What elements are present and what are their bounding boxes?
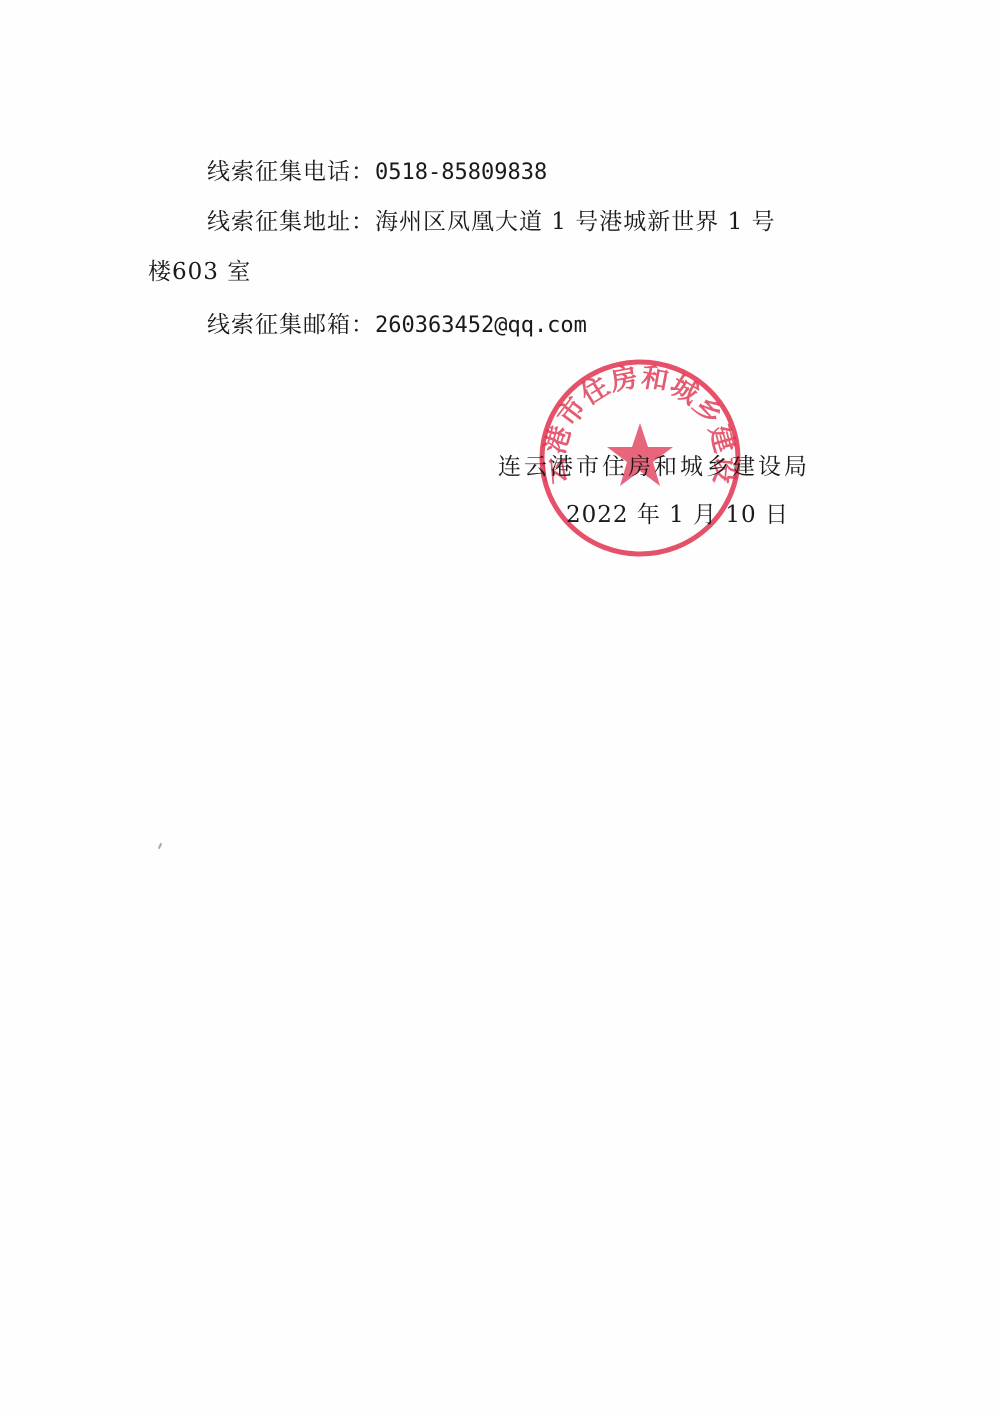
- scan-speck: [158, 843, 162, 849]
- email-label: 线索征集邮箱：: [207, 312, 375, 338]
- address-value: 海州区凤凰大道 1 号港城新世界 1 号: [375, 209, 776, 235]
- email-line: 线索征集邮箱：260363452@qq.com: [207, 310, 587, 341]
- address-line: 线索征集地址：海州区凤凰大道 1 号港城新世界 1 号: [207, 207, 776, 237]
- address-continuation-text: 楼603 室: [148, 259, 251, 285]
- phone-value: 0518-85809838: [375, 160, 547, 185]
- phone-line: 线索征集电话：0518-85809838: [207, 157, 547, 188]
- signing-date: 2022 年 1 月 10 日: [566, 500, 789, 530]
- email-value: 260363452@qq.com: [375, 313, 587, 338]
- document-page: 线索征集电话：0518-85809838 线索征集地址：海州区凤凰大道 1 号港…: [0, 0, 1000, 1414]
- address-label: 线索征集地址：: [207, 209, 375, 235]
- phone-label: 线索征集电话：: [207, 159, 375, 185]
- address-continuation: 楼603 室: [148, 257, 251, 287]
- signing-organization: 连云港市住房和城乡建设局: [498, 452, 810, 482]
